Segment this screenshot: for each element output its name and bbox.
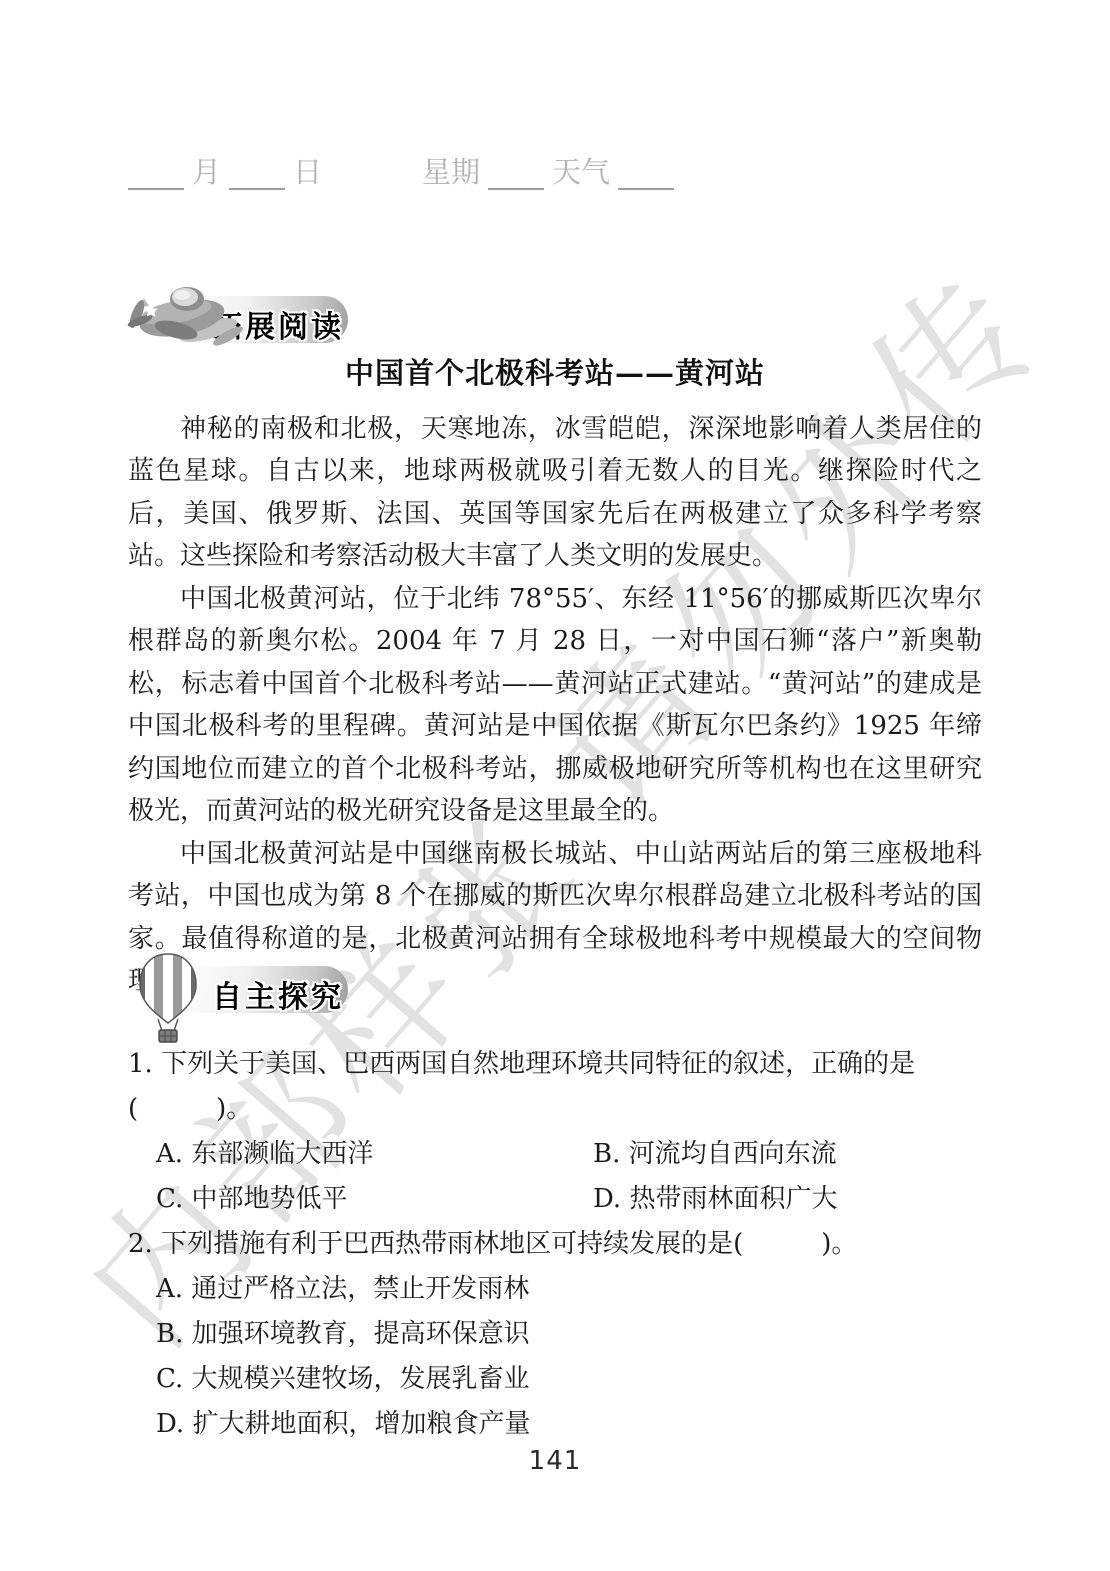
month-label: 月 [192,154,221,190]
reading-article: 中国首个北极科考站——黄河站 神秘的南极和北极，天寒地冻，冰雪皑皑，深深地影响着… [128,352,982,1003]
month-blank [128,152,184,190]
hot-air-balloon-icon [136,952,200,1048]
option-c: C. 中部地势低平 [156,1177,593,1222]
article-paragraph: 中国北极黄河站，位于北纬 78°55′、东经 11°56′的挪威斯匹次卑尔根群岛… [128,578,982,833]
day-blank [229,152,285,190]
reading-section-badge: 拓展阅读 [128,282,368,362]
option-d: D. 扩大耕地面积，增加粮食产量 [128,1402,990,1447]
weather-blank [618,152,674,190]
question-2: 2. 下列措施有利于巴西热带雨林地区可持续发展的是( )。 [128,1222,990,1267]
question-1: 1. 下列关于美国、巴西两国自然地理环境共同特征的叙述，正确的是( )。 [128,1042,990,1132]
option-b: B. 河流均自西向东流 [593,1132,990,1177]
airplane-icon [124,274,246,362]
day-label: 日 [293,154,322,190]
option-b: B. 加强环境教育，提高环保意识 [128,1312,990,1357]
workbook-page: 内部样张 请勿外传 月 日 星期 天气 拓展阅读 [0,0,1110,1571]
explore-badge-label: 自主探究 [212,972,344,1016]
option-a: A. 东部濒临大西洋 [156,1132,593,1177]
week-blank [488,152,544,190]
explore-section-badge: 自主探究 [128,952,368,1032]
article-paragraph: 神秘的南极和北极，天寒地冻，冰雪皑皑，深深地影响着人类居住的蓝色星球。自古以来，… [128,408,982,578]
question-2-options: A. 通过严格立法，禁止开发雨林 B. 加强环境教育，提高环保意识 C. 大规模… [128,1267,990,1447]
option-d: D. 热带雨林面积广大 [593,1177,990,1222]
question-1-options: A. 东部濒临大西洋 B. 河流均自西向东流 C. 中部地势低平 D. 热带雨林… [128,1132,990,1222]
page-number: 141 [0,1446,1110,1476]
option-a: A. 通过严格立法，禁止开发雨林 [128,1267,990,1312]
week-label: 星期 [422,154,480,190]
date-header: 月 日 星期 天气 [128,152,674,190]
questions-section: 1. 下列关于美国、巴西两国自然地理环境共同特征的叙述，正确的是( )。 A. … [128,1042,990,1447]
option-c: C. 大规模兴建牧场，发展乳畜业 [128,1357,990,1402]
weather-label: 天气 [552,154,610,190]
